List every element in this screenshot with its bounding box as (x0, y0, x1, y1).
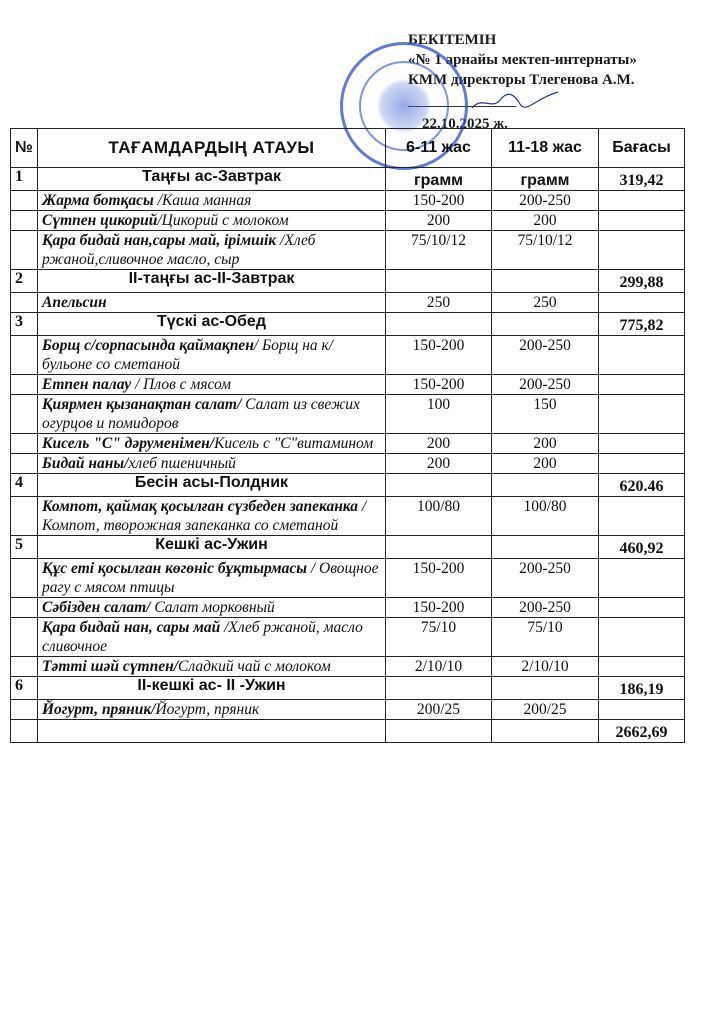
dish-row: Қара бидай нан,сары май, ірімшік /Хлеб р… (11, 231, 685, 270)
dish-num-empty (11, 336, 38, 375)
dish-portion-11-18: 200-250 (492, 191, 599, 211)
dish-name-kz: Бидай наны/ (42, 455, 128, 472)
meal-row: 3Түскі ас-Обед775,82 (11, 313, 685, 336)
meal-price: 620.46 (599, 474, 685, 497)
dish-portion-6-11: 150-200 (386, 191, 492, 211)
dish-name: Қиярмен қызанақтан салат/ Салат из свежи… (38, 395, 386, 434)
dish-row: Жарма ботқасы /Каша манная150-200200-250 (11, 191, 685, 211)
meal-unit-11-18 (492, 536, 599, 559)
dish-row: Сүтпен цикорий/Цикорий с молоком200200 (11, 211, 685, 231)
meal-price: 319,42 (599, 168, 685, 191)
dish-price-empty (599, 657, 685, 677)
dish-num-empty (11, 454, 38, 474)
dish-row: Құс еті қосылған көгөніс бұқтырмасы / Ов… (11, 559, 685, 598)
dish-row: Кисель "С" дәруменімен/Кисель с "С"витам… (11, 434, 685, 454)
signature-icon (470, 90, 560, 114)
dish-num-empty (11, 293, 38, 313)
meal-price: 460,92 (599, 536, 685, 559)
dish-name-kz: Қара бидай нан,сары май, ірімшік (42, 232, 280, 249)
dish-name-kz: Компот, қаймақ қосылған сүзбеден запекан… (42, 498, 362, 515)
dish-name-ru: Йогурт, пряник (155, 701, 259, 718)
meal-row: 2ІІ-таңғы ас-ІІ-Завтрак299,88 (11, 270, 685, 293)
dish-portion-11-18: 200-250 (492, 559, 599, 598)
meal-row: 1Таңғы ас-Завтракграммграмм319,42 (11, 168, 685, 191)
dish-name-kz: Кисель "С" дәруменімен/ (42, 435, 214, 452)
dish-name: Борщ с/сорпасында қаймақпен/ Борщ на к/б… (38, 336, 386, 375)
approval-block: БЕКІТЕМІН «№ 1 арнайы мектеп-интернаты» … (408, 30, 637, 90)
meal-number: 5 (11, 536, 38, 559)
menu-table: № ТАҒАМДАРДЫҢ АТАУЫ 6-11 жас 11-18 жас Б… (10, 128, 685, 743)
dish-name-kz: Жарма ботқасы (42, 192, 158, 209)
dish-portion-11-18: 200 (492, 434, 599, 454)
dish-row: Борщ с/сорпасында қаймақпен/ Борщ на к/б… (11, 336, 685, 375)
dish-num-empty (11, 657, 38, 677)
approval-title: БЕКІТЕМІН (408, 30, 637, 50)
dish-price-empty (599, 336, 685, 375)
dish-row: Апельсин250250 (11, 293, 685, 313)
dish-num-empty (11, 598, 38, 618)
dish-price-empty (599, 395, 685, 434)
dish-portion-11-18: 2/10/10 (492, 657, 599, 677)
meal-name: Түскі ас-Обед (38, 313, 386, 336)
dish-name-kz: Сүтпен цикорий (42, 212, 157, 229)
dish-portion-11-18: 75/10 (492, 618, 599, 657)
signature-line (408, 106, 516, 107)
dish-portion-11-18: 200-250 (492, 336, 599, 375)
dish-name: Йогурт, пряник/Йогурт, пряник (38, 700, 386, 720)
dish-name: Компот, қаймақ қосылған сүзбеден запекан… (38, 497, 386, 536)
total-row: 2662,69 (11, 720, 685, 743)
meal-name: Бесін асы-Полдник (38, 474, 386, 497)
dish-portion-6-11: 200 (386, 454, 492, 474)
dish-name: Қара бидай нан,сары май, ірімшік /Хлеб р… (38, 231, 386, 270)
dish-portion-6-11: 75/10 (386, 618, 492, 657)
header-age-6-11: 6-11 жас (386, 129, 492, 168)
dish-name: Сүтпен цикорий/Цикорий с молоком (38, 211, 386, 231)
dish-name-kz: Апельсин (42, 294, 107, 311)
dish-name-kz: Йогурт, пряник/ (42, 701, 155, 718)
dish-row: Йогурт, пряник/Йогурт, пряник200/25200/2… (11, 700, 685, 720)
meal-unit-6-11 (386, 270, 492, 293)
meal-number: 6 (11, 677, 38, 700)
meal-unit-6-11 (386, 313, 492, 336)
dish-name-ru: Кисель с "С"витамином (214, 435, 373, 452)
meal-name: Таңғы ас-Завтрак (38, 168, 386, 191)
dish-price-empty (599, 700, 685, 720)
dish-portion-6-11: 150-200 (386, 598, 492, 618)
dish-name: Тәтті шәй сүтпен/Сладкий чай с молоком (38, 657, 386, 677)
meal-unit-6-11: грамм (386, 168, 492, 191)
dish-name-ru: хлеб пшеничный (128, 455, 235, 472)
meal-price: 299,88 (599, 270, 685, 293)
dish-portion-6-11: 200 (386, 434, 492, 454)
meal-unit-11-18 (492, 313, 599, 336)
dish-portion-11-18: 200/25 (492, 700, 599, 720)
meal-number: 4 (11, 474, 38, 497)
dish-portion-6-11: 150-200 (386, 559, 492, 598)
dish-name-kz: Құс еті қосылған көгөніс бұқтырмасы (42, 560, 307, 577)
dish-price-empty (599, 434, 685, 454)
meal-unit-11-18 (492, 270, 599, 293)
meal-number: 2 (11, 270, 38, 293)
dish-name-ru: Салат морковный (150, 599, 274, 616)
dish-price-empty (599, 497, 685, 536)
dish-portion-6-11: 100/80 (386, 497, 492, 536)
dish-num-empty (11, 559, 38, 598)
meal-price: 186,19 (599, 677, 685, 700)
meal-row: 6ІІ-кешкі ас- ІІ -Ужин186,19 (11, 677, 685, 700)
dish-name-kz: Тәтті шәй сүтпен/ (42, 658, 178, 675)
total-name-empty (38, 720, 386, 743)
approval-school: «№ 1 арнайы мектеп-интернаты» (408, 50, 637, 70)
dish-name-kz: Сәбізден салат/ (42, 599, 150, 616)
dish-row: Сәбізден салат/ Салат морковный150-20020… (11, 598, 685, 618)
dish-portion-11-18: 150 (492, 395, 599, 434)
dish-portion-6-11: 200 (386, 211, 492, 231)
meal-name: Кешкі ас-Ужин (38, 536, 386, 559)
meal-unit-11-18 (492, 474, 599, 497)
dish-name: Кисель "С" дәруменімен/Кисель с "С"витам… (38, 434, 386, 454)
dish-price-empty (599, 231, 685, 270)
dish-num-empty (11, 231, 38, 270)
total-a-empty (386, 720, 492, 743)
total-num-empty (11, 720, 38, 743)
dish-num-empty (11, 395, 38, 434)
dish-name: Жарма ботқасы /Каша манная (38, 191, 386, 211)
dish-name-kz: Қиярмен қызанақтан салат/ (42, 396, 241, 413)
dish-row: Бидай наны/хлеб пшеничный200200 (11, 454, 685, 474)
dish-name: Қара бидай нан, сары май /Хлеб ржаной, м… (38, 618, 386, 657)
dish-portion-6-11: 150-200 (386, 336, 492, 375)
dish-portion-11-18: 200 (492, 211, 599, 231)
dish-name-ru: /Каша манная (158, 192, 252, 209)
dish-name-ru: /Цикорий с молоком (157, 212, 288, 229)
dish-name: Етпен палау / Плов с мясом (38, 375, 386, 395)
dish-portion-11-18: 250 (492, 293, 599, 313)
dish-portion-6-11: 75/10/12 (386, 231, 492, 270)
dish-price-empty (599, 191, 685, 211)
dish-name-kz: Етпен палау (42, 376, 131, 393)
dish-portion-11-18: 200 (492, 454, 599, 474)
dish-portion-6-11: 150-200 (386, 375, 492, 395)
header-name: ТАҒАМДАРДЫҢ АТАУЫ (38, 129, 386, 168)
dish-price-empty (599, 211, 685, 231)
meal-row: 5Кешкі ас-Ужин460,92 (11, 536, 685, 559)
dish-name: Құс еті қосылған көгөніс бұқтырмасы / Ов… (38, 559, 386, 598)
dish-portion-11-18: 100/80 (492, 497, 599, 536)
approval-director: КММ директоры Тлегенова А.М. (408, 70, 637, 90)
meal-row: 4Бесін асы-Полдник620.46 (11, 474, 685, 497)
dish-price-empty (599, 293, 685, 313)
meal-unit-6-11 (386, 677, 492, 700)
dish-portion-11-18: 75/10/12 (492, 231, 599, 270)
dish-row: Қара бидай нан, сары май /Хлеб ржаной, м… (11, 618, 685, 657)
dish-price-empty (599, 618, 685, 657)
dish-name-ru: Сладкий чай с молоком (178, 658, 331, 675)
dish-row: Етпен палау / Плов с мясом150-200200-250 (11, 375, 685, 395)
meal-number: 1 (11, 168, 38, 191)
meal-unit-6-11 (386, 474, 492, 497)
dish-name-kz: Қара бидай нан, сары май (42, 619, 224, 636)
total-b-empty (492, 720, 599, 743)
dish-portion-6-11: 250 (386, 293, 492, 313)
dish-num-empty (11, 700, 38, 720)
dish-portion-11-18: 200-250 (492, 375, 599, 395)
dish-price-empty (599, 559, 685, 598)
dish-num-empty (11, 434, 38, 454)
dish-row: Қиярмен қызанақтан салат/ Салат из свежи… (11, 395, 685, 434)
dish-name-ru: / Плов с мясом (131, 376, 231, 393)
dish-num-empty (11, 191, 38, 211)
dish-portion-11-18: 200-250 (492, 598, 599, 618)
meal-price: 775,82 (599, 313, 685, 336)
dish-row: Компот, қаймақ қосылған сүзбеден запекан… (11, 497, 685, 536)
dish-num-empty (11, 211, 38, 231)
dish-price-empty (599, 375, 685, 395)
meal-name: ІІ-кешкі ас- ІІ -Ужин (38, 677, 386, 700)
header-num: № (11, 129, 38, 168)
meal-unit-11-18: грамм (492, 168, 599, 191)
meal-name: ІІ-таңғы ас-ІІ-Завтрак (38, 270, 386, 293)
dish-num-empty (11, 618, 38, 657)
meal-unit-11-18 (492, 677, 599, 700)
header-price: Бағасы (599, 129, 685, 168)
meal-unit-6-11 (386, 536, 492, 559)
dish-portion-6-11: 200/25 (386, 700, 492, 720)
dish-portion-6-11: 100 (386, 395, 492, 434)
meal-number: 3 (11, 313, 38, 336)
dish-price-empty (599, 454, 685, 474)
menu-body: 1Таңғы ас-Завтракграммграмм319,42Жарма б… (11, 168, 685, 743)
dish-row: Тәтті шәй сүтпен/Сладкий чай с молоком2/… (11, 657, 685, 677)
dish-num-empty (11, 375, 38, 395)
total-price: 2662,69 (599, 720, 685, 743)
header-age-11-18: 11-18 жас (492, 129, 599, 168)
dish-price-empty (599, 598, 685, 618)
table-header-row: № ТАҒАМДАРДЫҢ АТАУЫ 6-11 жас 11-18 жас Б… (11, 129, 685, 168)
dish-name: Сәбізден салат/ Салат морковный (38, 598, 386, 618)
dish-name-kz: Борщ с/сорпасында қаймақпен (42, 337, 254, 354)
dish-name: Бидай наны/хлеб пшеничный (38, 454, 386, 474)
dish-num-empty (11, 497, 38, 536)
dish-name: Апельсин (38, 293, 386, 313)
dish-portion-6-11: 2/10/10 (386, 657, 492, 677)
